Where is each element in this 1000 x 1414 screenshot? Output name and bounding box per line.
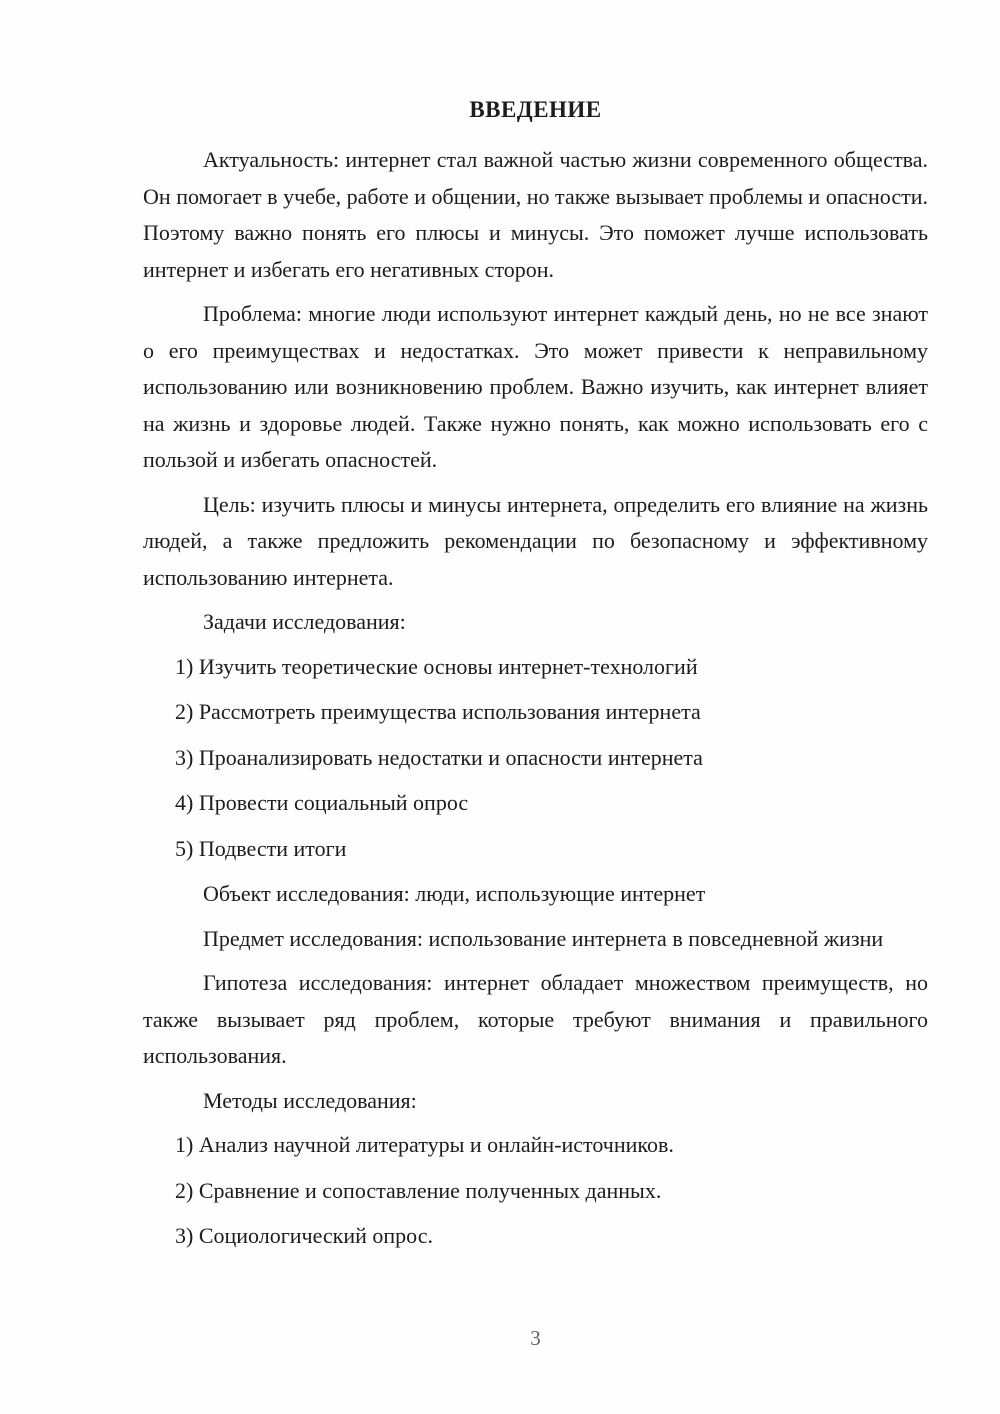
page-number: 3 [143, 1326, 928, 1350]
paragraph-aktualnost: Актуальность: интернет стал важной часть… [143, 142, 928, 288]
label-zadachi: Задачи исследования: [143, 604, 928, 641]
method-list-item-2: 2) Сравнение и сопоставление полученных … [143, 1173, 928, 1210]
document-page: ВВЕДЕНИЕ Актуальность: интернет стал важ… [0, 0, 1000, 1414]
page-title: ВВЕДЕНИЕ [143, 97, 928, 123]
task-list-item-3: 3) Проанализировать недостатки и опаснос… [143, 740, 928, 777]
method-list-item-3: 3) Социологический опрос. [143, 1218, 928, 1255]
paragraph-problema: Проблема: многие люди используют интерне… [143, 296, 928, 479]
paragraph-obekt: Объект исследования: люди, использующие … [143, 876, 928, 913]
label-metody: Методы исследования: [143, 1083, 928, 1120]
task-list-item-4: 4) Провести социальный опрос [143, 785, 928, 822]
method-list-item-1: 1) Анализ научной литературы и онлайн-ис… [143, 1127, 928, 1164]
paragraph-gipoteza: Гипотеза исследования: интернет обладает… [143, 965, 928, 1075]
task-list-item-5: 5) Подвести итоги [143, 831, 928, 868]
task-list-item-2: 2) Рассмотреть преимущества использовани… [143, 694, 928, 731]
paragraph-predmet: Предмет исследования: использование инте… [143, 921, 928, 958]
task-list-item-1: 1) Изучить теоретические основы интернет… [143, 649, 928, 686]
paragraph-tsel: Цель: изучить плюсы и минусы интернета, … [143, 487, 928, 597]
